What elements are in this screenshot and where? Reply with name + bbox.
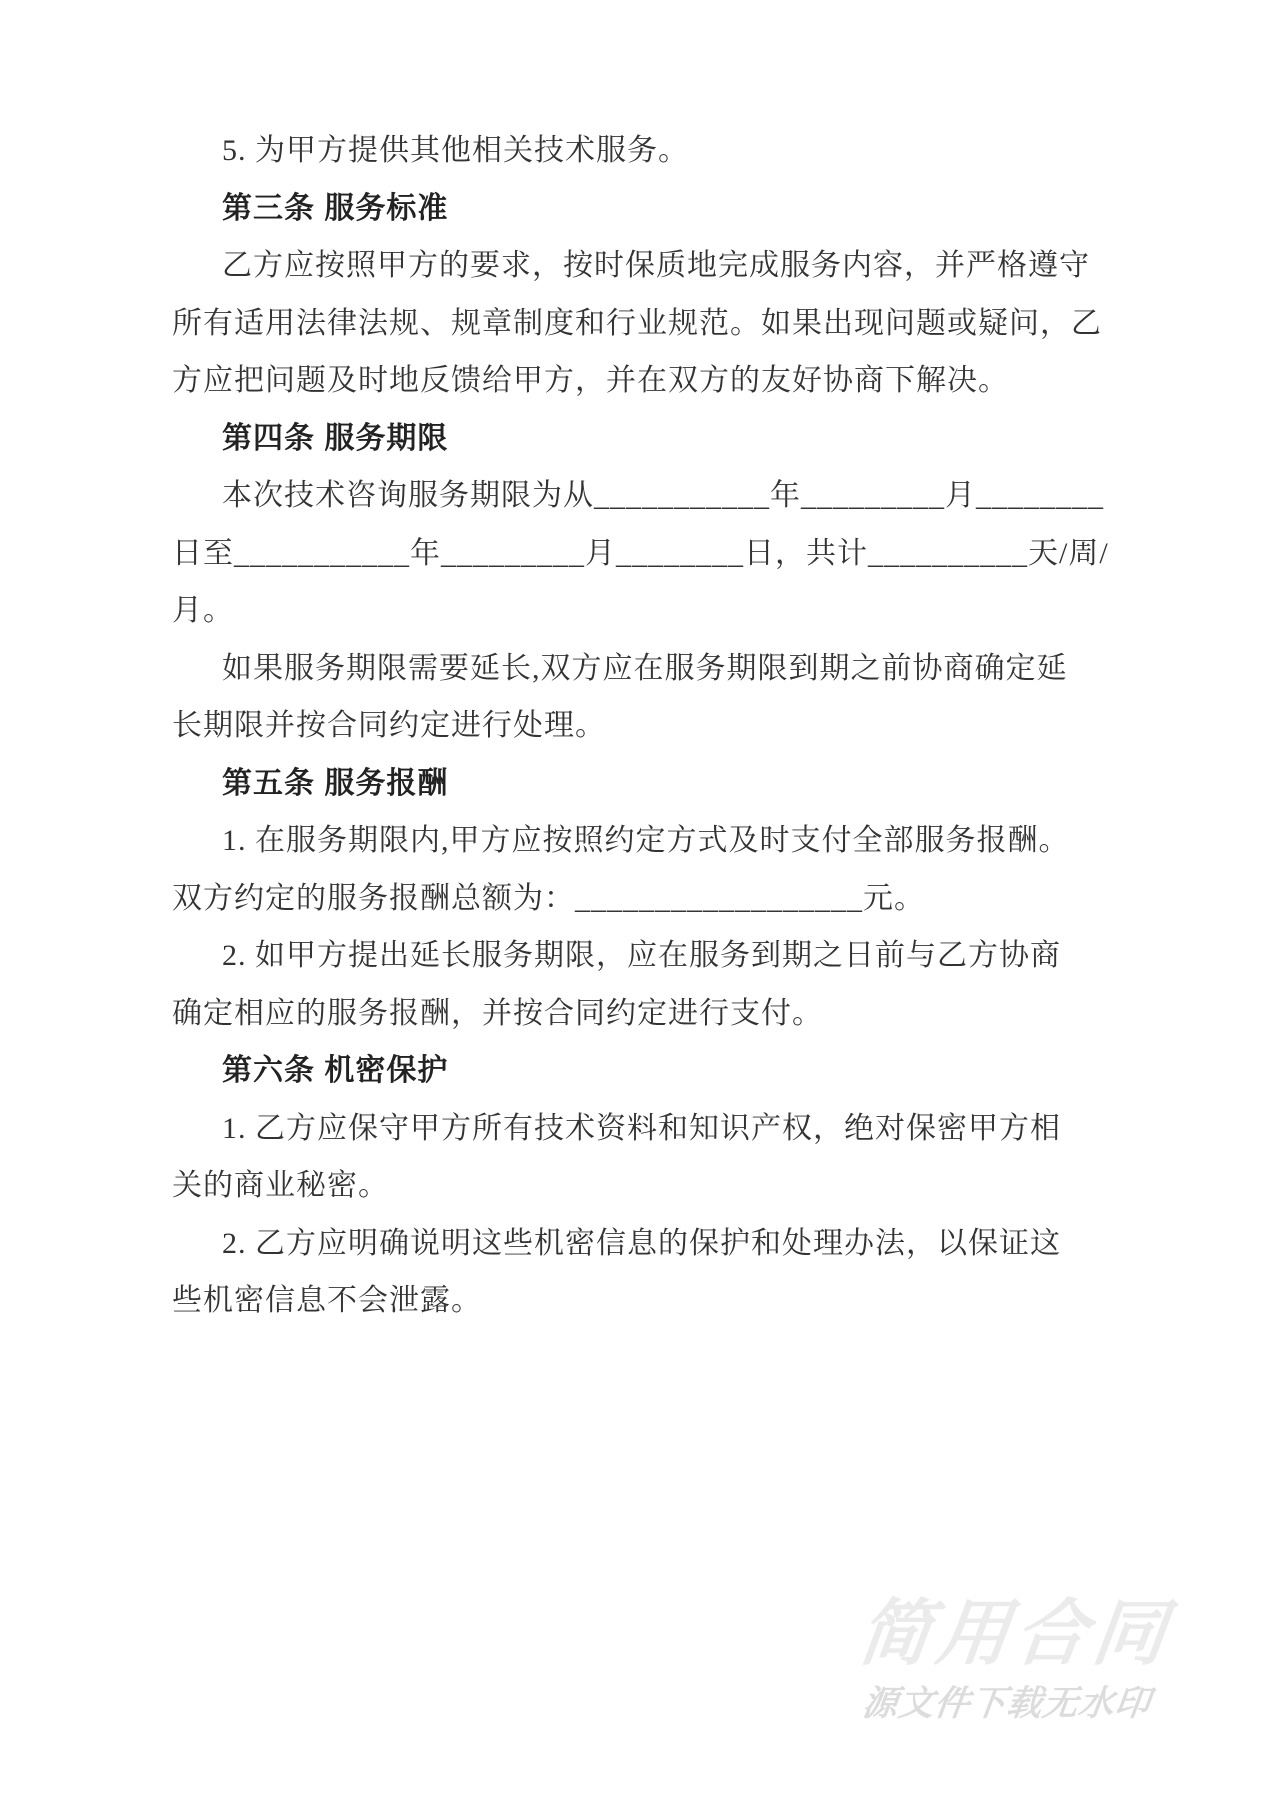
watermark-subtitle: 源文件下载无水印: [848, 1686, 1164, 1722]
document-line: 1. 乙方应保守甲方所有技术资料和知识产权，绝对保密甲方相: [172, 1100, 1132, 1158]
section-heading: 第三条 服务标准: [172, 180, 1132, 238]
document-line: 5. 为甲方提供其他相关技术服务。: [172, 122, 1132, 180]
document-line: 2. 乙方应明确说明这些机密信息的保护和处理办法，以保证这: [172, 1215, 1132, 1273]
document-line: 长期限并按合同约定进行处理。: [172, 697, 1132, 755]
document-line: 2. 如甲方提出延长服务期限，应在服务到期之日前与乙方协商: [172, 927, 1132, 985]
watermark: 简用合同 源文件下载无水印: [848, 1598, 1175, 1722]
document-line: 些机密信息不会泄露。: [172, 1272, 1132, 1330]
document-line: 如果服务期限需要延长,双方应在服务期限到期之前协商确定延: [172, 640, 1132, 698]
document-line: 乙方应按照甲方的要求，按时保质地完成服务内容，并严格遵守: [172, 237, 1132, 295]
section-heading: 第六条 机密保护: [172, 1042, 1132, 1100]
document-line: 关的商业秘密。: [172, 1157, 1132, 1215]
document-line: 方应把问题及时地反馈给甲方，并在双方的友好协商下解决。: [172, 352, 1132, 410]
section-heading: 第五条 服务报酬: [172, 755, 1132, 813]
section-heading: 第四条 服务期限: [172, 410, 1132, 468]
document-line: 月。: [172, 582, 1132, 640]
watermark-title: 简用合同: [855, 1598, 1176, 1670]
document-line: 本次技术咨询服务期限为从___________年_________月______…: [172, 467, 1132, 525]
document-line: 确定相应的服务报酬，并按合同约定进行支付。: [172, 985, 1132, 1043]
contract-page: 5. 为甲方提供其他相关技术服务。第三条 服务标准乙方应按照甲方的要求，按时保质…: [0, 0, 1280, 1810]
document-line: 日至___________年_________月________日，共计____…: [172, 525, 1132, 583]
contract-body: 5. 为甲方提供其他相关技术服务。第三条 服务标准乙方应按照甲方的要求，按时保质…: [172, 122, 1132, 1330]
document-line: 所有适用法律法规、规章制度和行业规范。如果出现问题或疑问，乙: [172, 295, 1132, 353]
document-line: 双方约定的服务报酬总额为：__________________元。: [172, 870, 1132, 928]
document-line: 1. 在服务期限内,甲方应按照约定方式及时支付全部服务报酬。: [172, 812, 1132, 870]
